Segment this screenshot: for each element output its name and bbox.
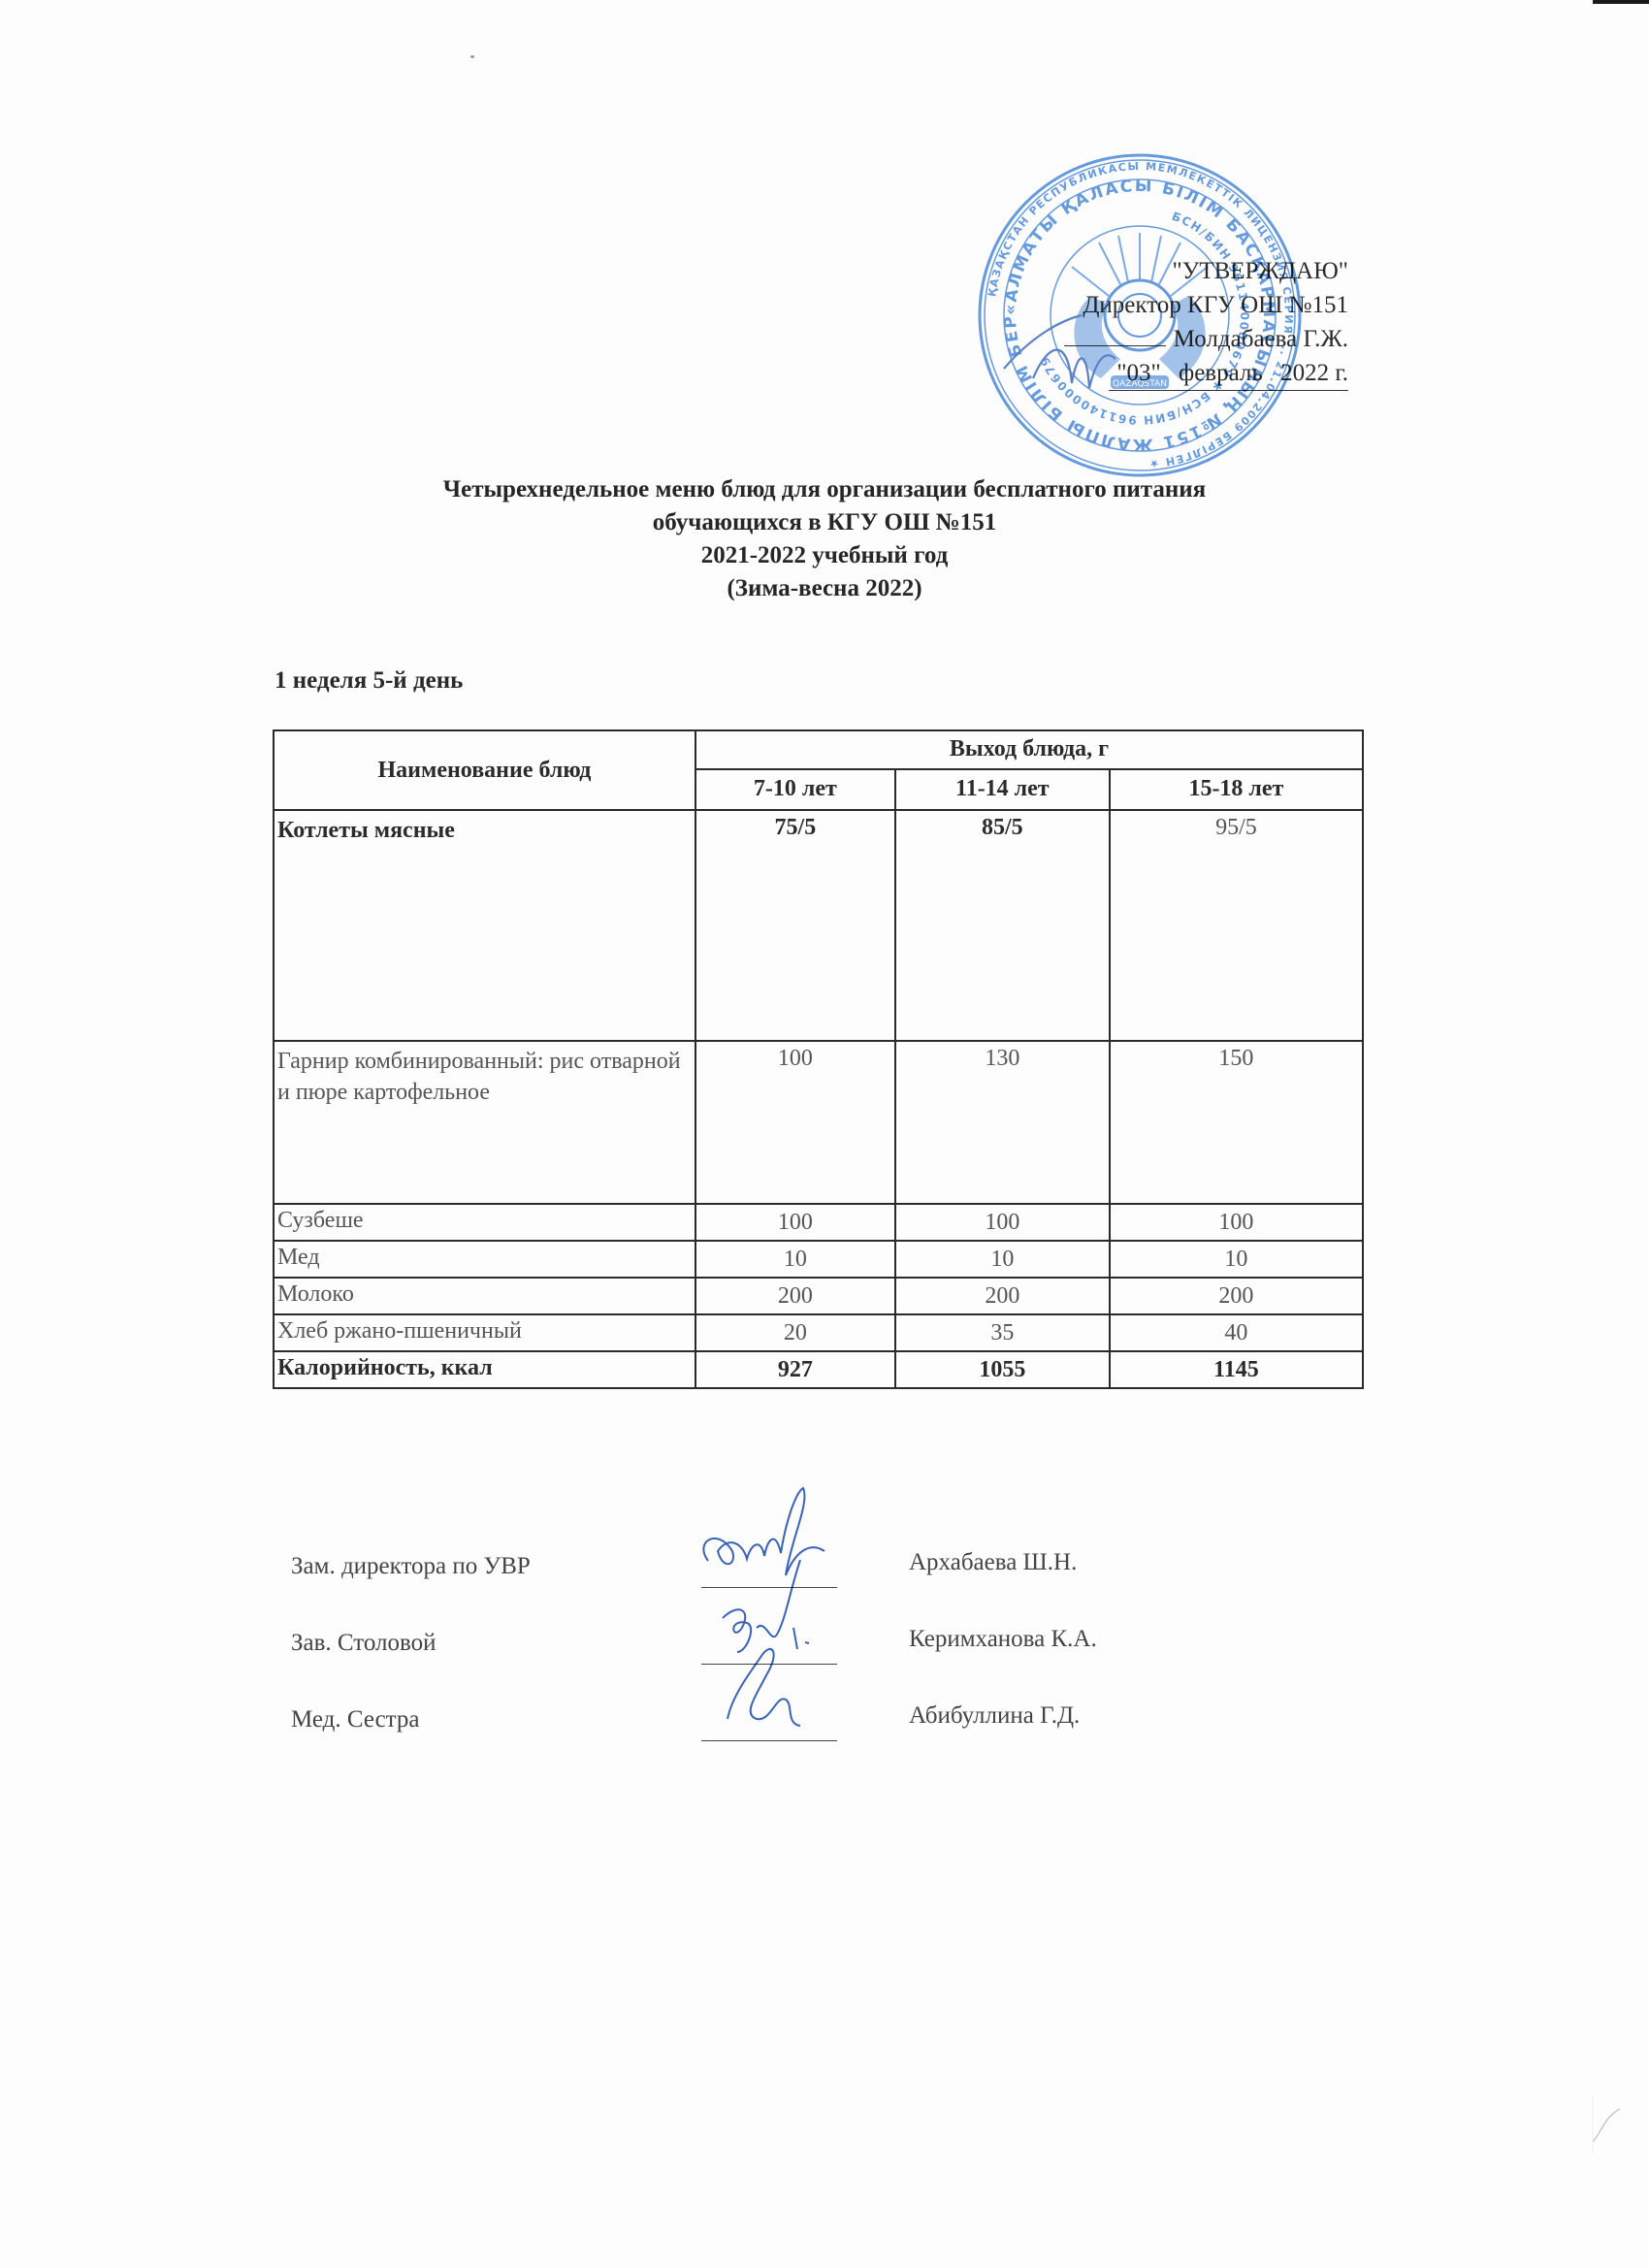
scan-edge-strip	[1593, 0, 1649, 4]
signature-role: Мед. Сестра	[291, 1706, 420, 1733]
svg-text:QAZAQSTAN: QAZAQSTAN	[1113, 379, 1167, 389]
dish-value: 200	[695, 1278, 895, 1314]
dish-value: 10	[1110, 1241, 1363, 1278]
menu-table: Наименование блюд Выход блюда, г 7-10 ле…	[273, 729, 1364, 1389]
total-value: 1145	[1110, 1351, 1363, 1388]
title-line-2: обучающихся в КГУ ОШ №151	[194, 506, 1455, 539]
table-row: Молоко 200 200 200	[274, 1278, 1363, 1314]
signer-name: Абибуллина Г.Д.	[909, 1702, 1080, 1730]
dish-value: 10	[895, 1241, 1110, 1278]
header-output-group: Выход блюда, г	[695, 730, 1363, 769]
dish-value: 75/5	[695, 810, 895, 1041]
table-row: Хлеб ржано-пшеничный 20 35 40	[274, 1314, 1363, 1351]
dish-name: Хлеб ржано-пшеничный	[274, 1314, 695, 1351]
dish-value: 100	[695, 1041, 895, 1204]
day-label: 5-й день	[372, 667, 463, 694]
document-page: ҚАЗАҚСТАН РЕСПУБЛИКАСЫ МЕМЛЕКЕТТІК ЛИЦЕН…	[0, 0, 1649, 2268]
signature-line	[701, 1740, 837, 1741]
scan-speck	[470, 55, 474, 58]
signature-role: Зам. директора по УВР	[291, 1553, 531, 1580]
dish-value: 200	[1110, 1278, 1363, 1314]
signature-row: Мед. Сестра Абибуллина Г.Д.	[291, 1667, 1164, 1743]
dish-value: 10	[695, 1241, 895, 1278]
dish-name: Котлеты мясные	[274, 810, 695, 1041]
table-row: Сузбеше 100 100 100	[274, 1204, 1363, 1241]
dish-value: 35	[895, 1314, 1110, 1351]
header-age-11-14: 11-14 лет	[895, 769, 1110, 810]
official-stamp-icon: ҚАЗАҚСТАН РЕСПУБЛИКАСЫ МЕМЛЕКЕТТІК ЛИЦЕН…	[975, 150, 1305, 480]
signature-role: Зав. Столовой	[291, 1630, 436, 1657]
dish-value: 20	[695, 1314, 895, 1351]
dish-value: 150	[1110, 1041, 1363, 1204]
header-dish-name: Наименование блюд	[274, 730, 695, 810]
dish-value: 200	[895, 1278, 1110, 1314]
header-age-7-10: 7-10 лет	[695, 769, 895, 810]
dish-value: 40	[1110, 1314, 1363, 1351]
dish-name: Сузбеше	[274, 1204, 695, 1241]
dish-value: 100	[895, 1204, 1110, 1241]
document-title: Четырехнедельное меню блюд для организац…	[194, 473, 1455, 605]
signer-name: Керимханова К.А.	[909, 1626, 1097, 1653]
header-age-15-18: 15-18 лет	[1110, 769, 1363, 810]
handwritten-signature-icon	[689, 1636, 854, 1743]
week-day-label: 1 неделя 5-й день	[275, 667, 463, 695]
dish-name: Молоко	[274, 1278, 695, 1314]
dish-name: Мед	[274, 1241, 695, 1278]
total-value: 1055	[895, 1351, 1110, 1388]
dish-value: 100	[1110, 1204, 1363, 1241]
dish-name: Гарнир комбинированный: рис отварной и п…	[274, 1041, 695, 1204]
dish-value: 100	[695, 1204, 895, 1241]
dish-value: 130	[895, 1041, 1110, 1204]
dish-value: 95/5	[1110, 810, 1363, 1041]
title-line-4: (Зима-весна 2022)	[194, 572, 1455, 605]
total-label: Калорийность, ккал	[274, 1351, 695, 1388]
signatures-block: Зам. директора по УВР Архабаева Ш.Н. Зав…	[291, 1513, 1164, 1743]
total-value: 927	[695, 1351, 895, 1388]
table-row: Котлеты мясные 75/5 85/5 95/5	[274, 810, 1363, 1041]
table-total-row: Калорийность, ккал 927 1055 1145	[274, 1351, 1363, 1388]
week-label: 1 неделя	[275, 667, 367, 694]
dish-value: 85/5	[895, 810, 1110, 1041]
table-row: Мед 10 10 10	[274, 1241, 1363, 1278]
page-fold-mark	[1591, 2095, 1649, 2154]
table-row: Гарнир комбинированный: рис отварной и п…	[274, 1041, 1363, 1204]
title-line-3: 2021-2022 учебный год	[194, 539, 1455, 572]
signer-name: Архабаева Ш.Н.	[909, 1549, 1077, 1576]
